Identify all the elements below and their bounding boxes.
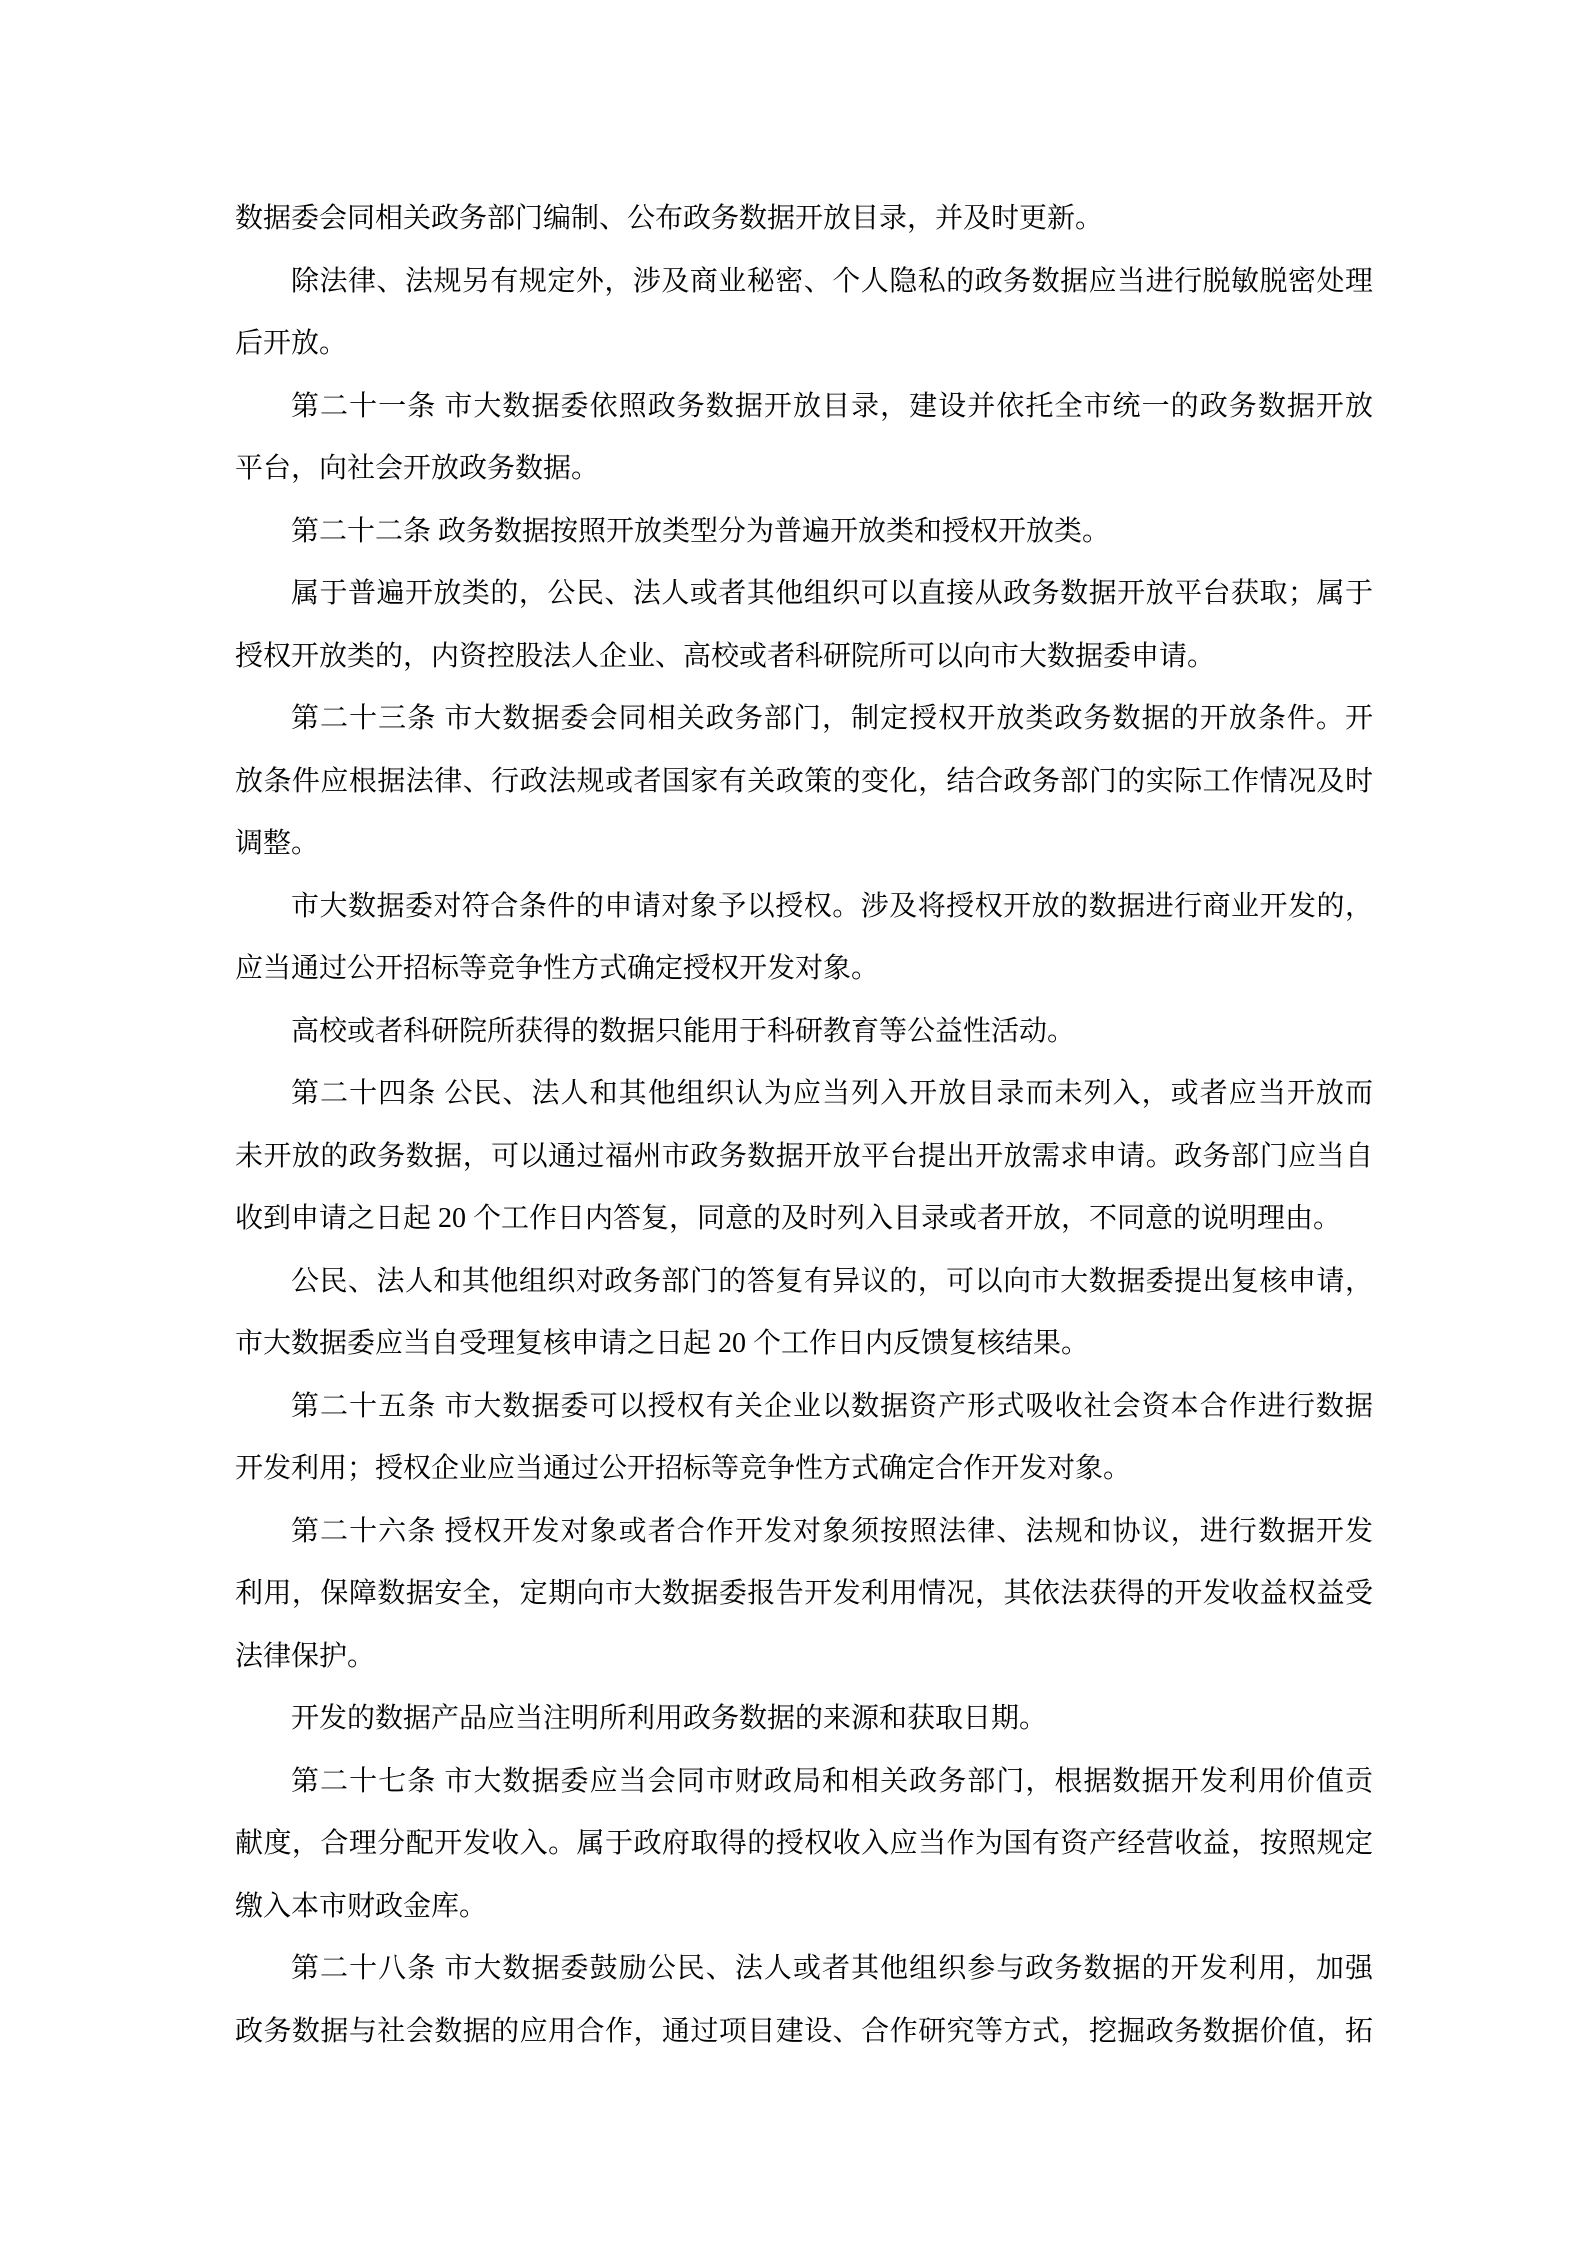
text-line: 市大数据委应当自受理复核申请之日起 20 个工作日内反馈复核结果。 <box>235 1313 1373 1376</box>
text-line: 平台，向社会开放政务数据。 <box>235 438 1373 501</box>
paragraph: 第二十二条 政务数据按照开放类型分为普遍开放类和授权开放类。 <box>235 501 1373 564</box>
text-line: 开发利用；授权企业应当通过公开招标等竞争性方式确定合作开发对象。 <box>235 1438 1373 1501</box>
text-line: 缴入本市财政金库。 <box>235 1876 1373 1939</box>
text-line: 未开放的政务数据，可以通过福州市政务数据开放平台提出开放需求申请。政务部门应当自 <box>235 1126 1373 1189</box>
paragraph: 第二十三条 市大数据委会同相关政务部门，制定授权开放类政务数据的开放条件。开放条… <box>235 688 1373 876</box>
text-line: 第二十二条 政务数据按照开放类型分为普遍开放类和授权开放类。 <box>235 501 1373 564</box>
paragraph: 市大数据委对符合条件的申请对象予以授权。涉及将授权开放的数据进行商业开发的，应当… <box>235 876 1373 1001</box>
text-line: 法律保护。 <box>235 1626 1373 1689</box>
document-body: 数据委会同相关政务部门编制、公布政务数据开放目录，并及时更新。除法律、法规另有规… <box>235 188 1373 2063</box>
text-line: 数据委会同相关政务部门编制、公布政务数据开放目录，并及时更新。 <box>235 188 1373 251</box>
paragraph: 公民、法人和其他组织对政务部门的答复有异议的，可以向市大数据委提出复核申请，市大… <box>235 1251 1373 1376</box>
paragraph: 第二十四条 公民、法人和其他组织认为应当列入开放目录而未列入，或者应当开放而未开… <box>235 1063 1373 1251</box>
text-line: 公民、法人和其他组织对政务部门的答复有异议的，可以向市大数据委提出复核申请， <box>235 1251 1373 1314</box>
paragraph: 除法律、法规另有规定外，涉及商业秘密、个人隐私的政务数据应当进行脱敏脱密处理后开… <box>235 251 1373 376</box>
text-line: 献度，合理分配开发收入。属于政府取得的授权收入应当作为国有资产经营收益，按照规定 <box>235 1813 1373 1876</box>
text-line: 开发的数据产品应当注明所利用政务数据的来源和获取日期。 <box>235 1688 1373 1751</box>
text-line: 政务数据与社会数据的应用合作，通过项目建设、合作研究等方式，挖掘政务数据价值，拓 <box>235 2001 1373 2064</box>
text-line: 应当通过公开招标等竞争性方式确定授权开发对象。 <box>235 938 1373 1001</box>
paragraph: 第二十七条 市大数据委应当会同市财政局和相关政务部门，根据数据开发利用价值贡献度… <box>235 1751 1373 1939</box>
text-line: 收到申请之日起 20 个工作日内答复，同意的及时列入目录或者开放，不同意的说明理… <box>235 1188 1373 1251</box>
text-line: 调整。 <box>235 813 1373 876</box>
text-line: 第二十五条 市大数据委可以授权有关企业以数据资产形式吸收社会资本合作进行数据 <box>235 1376 1373 1439</box>
paragraph: 开发的数据产品应当注明所利用政务数据的来源和获取日期。 <box>235 1688 1373 1751</box>
text-line: 第二十六条 授权开发对象或者合作开发对象须按照法律、法规和协议，进行数据开发 <box>235 1501 1373 1564</box>
text-line: 市大数据委对符合条件的申请对象予以授权。涉及将授权开放的数据进行商业开发的， <box>235 876 1373 939</box>
paragraph: 第二十五条 市大数据委可以授权有关企业以数据资产形式吸收社会资本合作进行数据开发… <box>235 1376 1373 1501</box>
paragraph: 第二十六条 授权开发对象或者合作开发对象须按照法律、法规和协议，进行数据开发利用… <box>235 1501 1373 1689</box>
text-line: 第二十七条 市大数据委应当会同市财政局和相关政务部门，根据数据开发利用价值贡 <box>235 1751 1373 1814</box>
text-line: 除法律、法规另有规定外，涉及商业秘密、个人隐私的政务数据应当进行脱敏脱密处理 <box>235 251 1373 314</box>
paragraph: 数据委会同相关政务部门编制、公布政务数据开放目录，并及时更新。 <box>235 188 1373 251</box>
paragraph: 属于普遍开放类的，公民、法人或者其他组织可以直接从政务数据开放平台获取；属于授权… <box>235 563 1373 688</box>
text-line: 属于普遍开放类的，公民、法人或者其他组织可以直接从政务数据开放平台获取；属于 <box>235 563 1373 626</box>
paragraph: 高校或者科研院所获得的数据只能用于科研教育等公益性活动。 <box>235 1001 1373 1064</box>
document-page: 数据委会同相关政务部门编制、公布政务数据开放目录，并及时更新。除法律、法规另有规… <box>0 0 1586 2244</box>
paragraph: 第二十八条 市大数据委鼓励公民、法人或者其他组织参与政务数据的开发利用，加强政务… <box>235 1938 1373 2063</box>
text-line: 第二十一条 市大数据委依照政务数据开放目录，建设并依托全市统一的政务数据开放 <box>235 376 1373 439</box>
text-line: 高校或者科研院所获得的数据只能用于科研教育等公益性活动。 <box>235 1001 1373 1064</box>
text-line: 第二十八条 市大数据委鼓励公民、法人或者其他组织参与政务数据的开发利用，加强 <box>235 1938 1373 2001</box>
text-line: 授权开放类的，内资控股法人企业、高校或者科研院所可以向市大数据委申请。 <box>235 626 1373 689</box>
text-line: 第二十四条 公民、法人和其他组织认为应当列入开放目录而未列入，或者应当开放而 <box>235 1063 1373 1126</box>
text-line: 第二十三条 市大数据委会同相关政务部门，制定授权开放类政务数据的开放条件。开 <box>235 688 1373 751</box>
text-line: 后开放。 <box>235 313 1373 376</box>
text-line: 放条件应根据法律、行政法规或者国家有关政策的变化，结合政务部门的实际工作情况及时 <box>235 751 1373 814</box>
text-line: 利用，保障数据安全，定期向市大数据委报告开发利用情况，其依法获得的开发收益权益受 <box>235 1563 1373 1626</box>
paragraph: 第二十一条 市大数据委依照政务数据开放目录，建设并依托全市统一的政务数据开放平台… <box>235 376 1373 501</box>
